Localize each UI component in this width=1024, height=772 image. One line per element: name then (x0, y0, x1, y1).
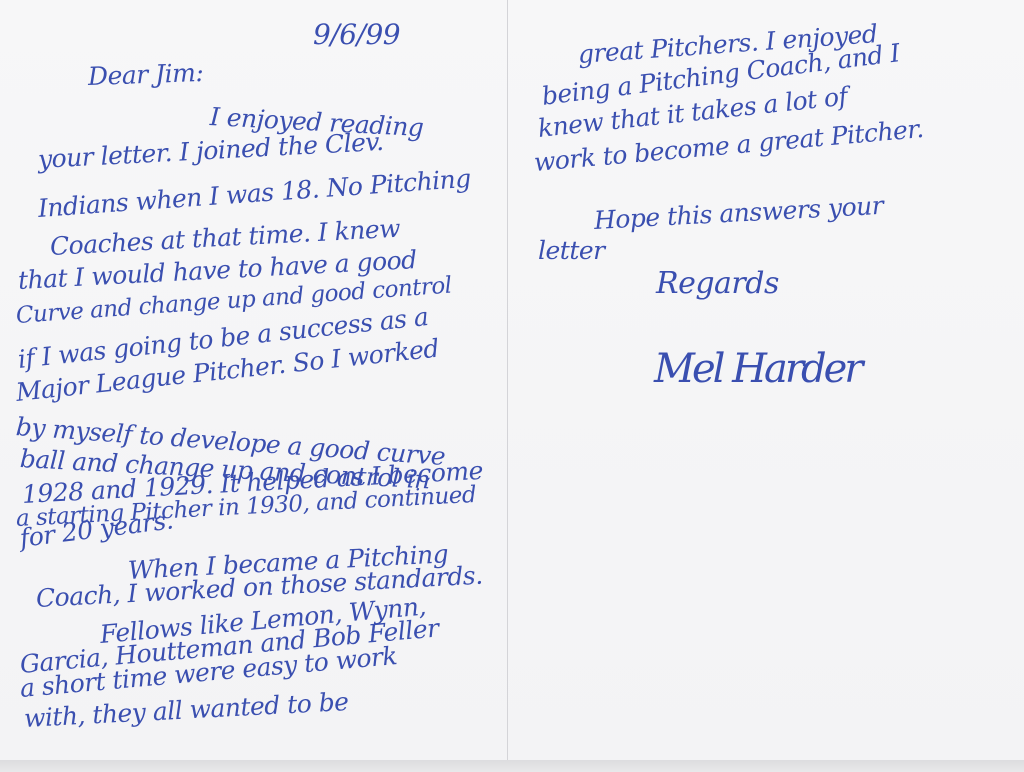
scanner-edge (0, 760, 1024, 772)
closing: Regards (656, 266, 779, 301)
scanned-letter: 9/6/99 Dear Jim: I enjoyed reading your … (0, 0, 1024, 760)
salutation: Dear Jim: (87, 58, 203, 91)
left-page: 9/6/99 Dear Jim: I enjoyed reading your … (0, 0, 508, 760)
letter-line: letter (538, 236, 605, 265)
letter-line: Hope this answers your (593, 191, 884, 235)
letter-line: Indians when I was 18. No Pitching (37, 164, 472, 223)
letter-line: your letter. I joined the Clev. (37, 127, 384, 174)
right-page: great Pitchers. I enjoyed being a Pitchi… (508, 0, 1024, 760)
signature: Mel Harder (654, 346, 860, 392)
letter-date: 9/6/99 (313, 18, 400, 51)
